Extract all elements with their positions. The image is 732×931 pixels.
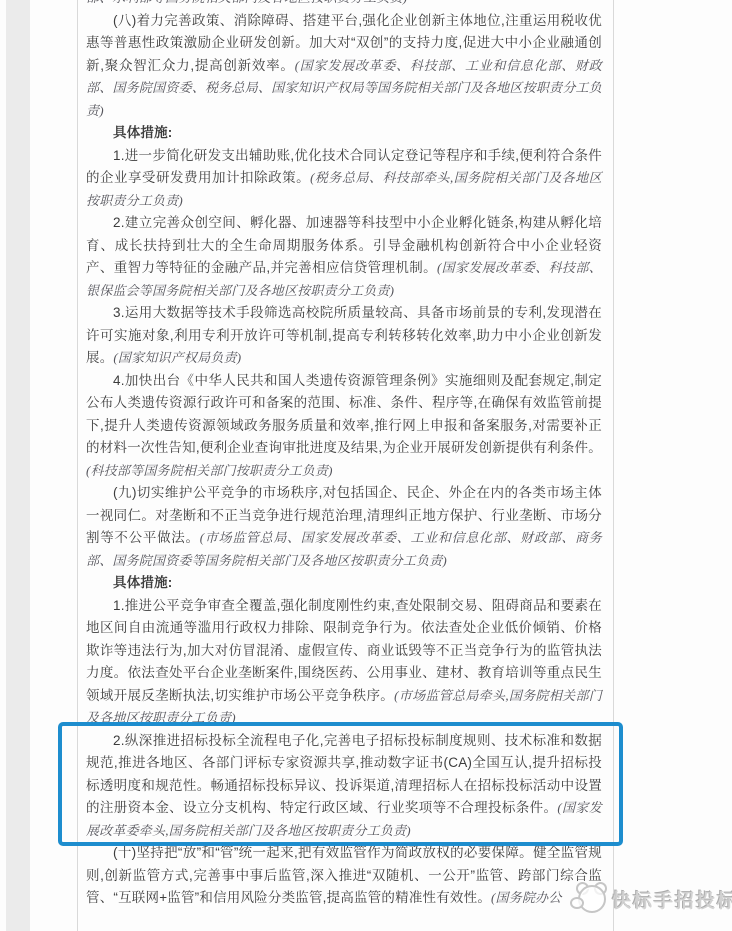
watermark-text: 快标手招投标 xyxy=(612,886,732,913)
measure-1-4: 4.加快出台《中华人民共和国人类遗传资源管理条例》实施细则及配套规定,制定公布人… xyxy=(86,370,602,483)
attribution-text: (国务院办公 xyxy=(491,890,562,905)
attribution-tail: 部、水利部等国务院相关部门及各地区按职责分工负责) xyxy=(86,0,602,10)
content-right-border xyxy=(613,0,614,931)
article-content: 部、水利部等国务院相关部门及各地区按职责分工负责)(八)着力完善政策、消除障碍、… xyxy=(86,0,602,910)
attribution-text: 部、水利部等国务院相关部门及各地区按职责分工负责) xyxy=(86,0,407,5)
section-9: (九)切实维护公平竞争的市场秩序,对包括国企、民企、外企在内的各类市场主体一视同… xyxy=(86,482,602,572)
mascot-icon xyxy=(570,883,608,915)
attribution-text: (科技部等国务院相关部门按职责分工负责) xyxy=(86,463,333,478)
measure-2-2-highlighted: 2.纵深推进招标投标全流程电子化,完善电子招标投标制度规则、技术标准和数据规范,… xyxy=(86,730,602,843)
body-text: 2.纵深推进招标投标全流程电子化,完善电子招标投标制度规则、技术标准和数据规范,… xyxy=(86,733,602,816)
measures-heading-2: 具体措施: xyxy=(86,572,602,595)
section-8: (八)着力完善政策、消除障碍、搭建平台,强化企业创新主体地位,注重运用税收优惠等… xyxy=(86,10,602,123)
content-left-border xyxy=(77,0,78,931)
body-text: 4.加快出台《中华人民共和国人类遗传资源管理条例》实施细则及配套规定,制定公布人… xyxy=(86,373,602,456)
body-text: 具体措施: xyxy=(113,125,173,140)
measures-heading-1: 具体措施: xyxy=(86,122,602,145)
measure-1-1: 1.进一步简化研发支出辅助账,优化技术合同认定登记等程序和手续,便利符合条件的企… xyxy=(86,145,602,213)
page-margin-strip xyxy=(6,0,30,931)
measure-2-1: 1.推进公平竞争审查全覆盖,强化制度刚性约束,查处限制交易、阻碍商品和要素在地区… xyxy=(86,595,602,730)
section-10: (十)坚持把“放”和“管”统一起来,把有效监管作为简政放权的必要保障。健全监管规… xyxy=(86,842,602,910)
document-page: 部、水利部等国务院相关部门及各地区按职责分工负责)(八)着力完善政策、消除障碍、… xyxy=(0,0,732,931)
body-text: 具体措施: xyxy=(113,575,173,590)
measure-1-2: 2.建立完善众创空间、孵化器、加速器等科技型中小企业孵化链条,构建从孵化培育、成… xyxy=(86,212,602,302)
attribution-text: (国家知识产权局负责) xyxy=(113,350,241,365)
watermark: 快标手招投标 xyxy=(570,880,732,918)
measure-1-3: 3.运用大数据等技术手段筛选高校院所质量较高、具备市场前景的专利,发现潜在许可实… xyxy=(86,302,602,370)
